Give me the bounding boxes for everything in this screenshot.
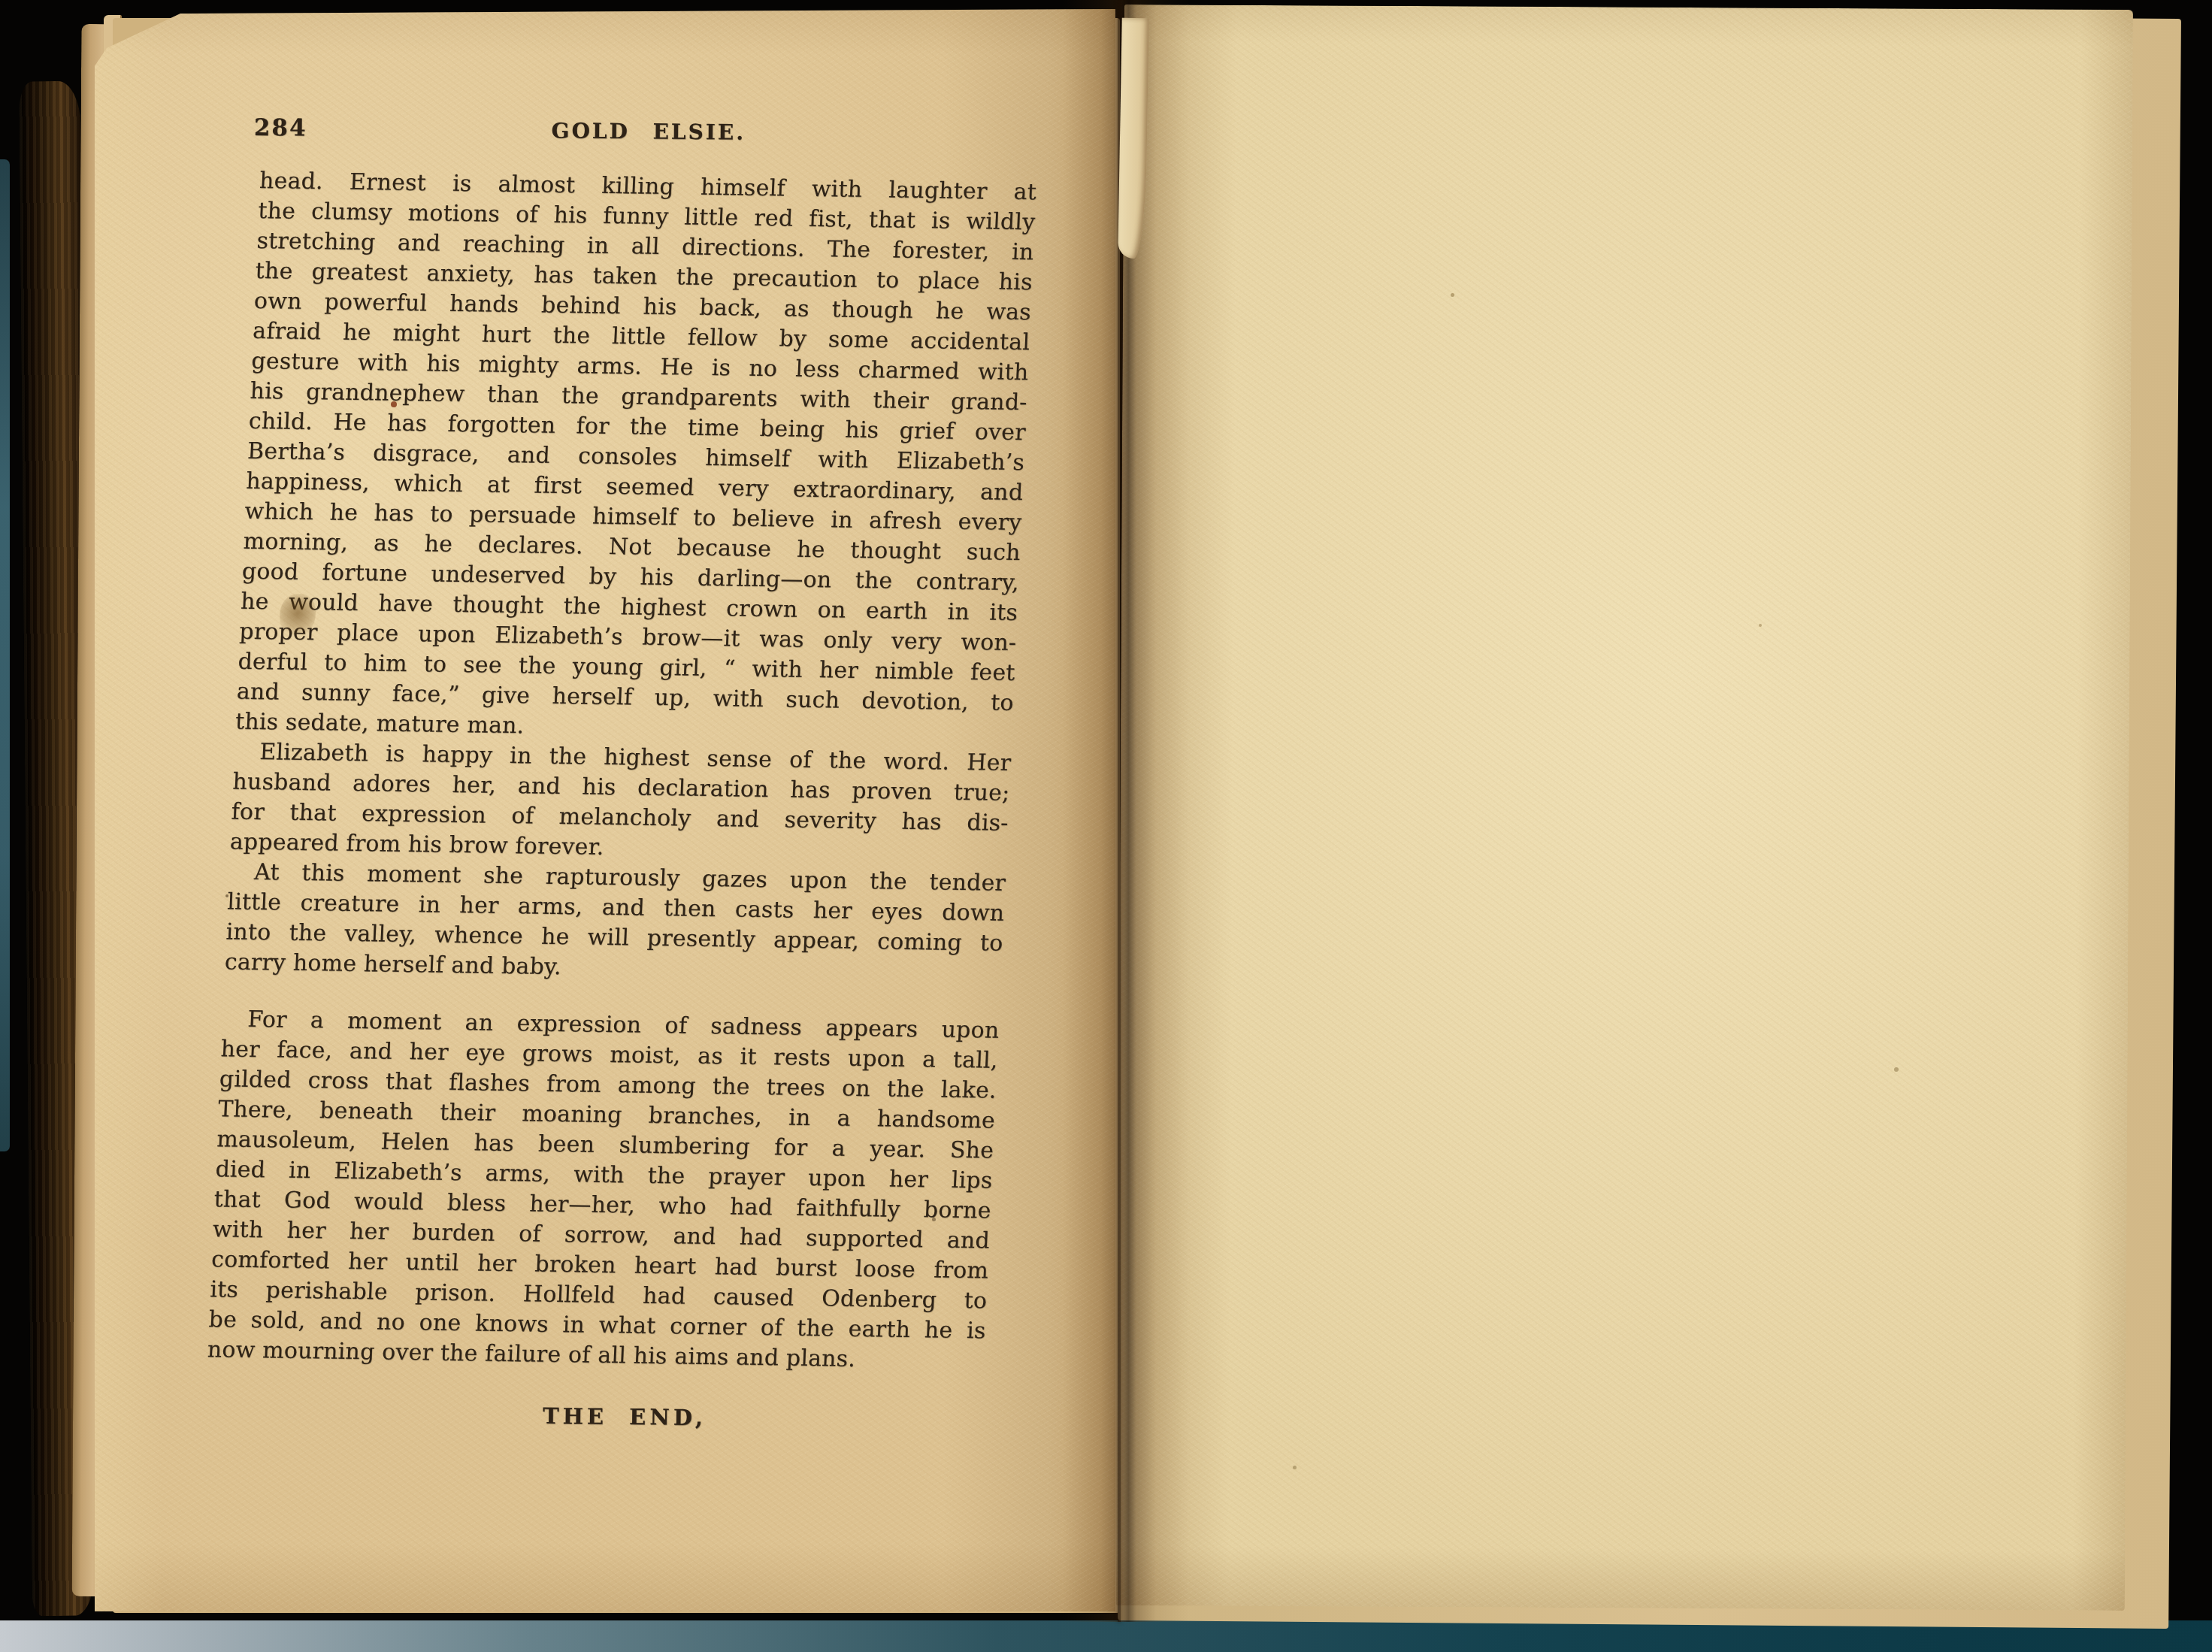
paper-speck	[1894, 1067, 1899, 1072]
right-page	[1116, 5, 2133, 1611]
left-page: 284 GOLD ELSIE. head. Ernest is almost k…	[95, 9, 1115, 1611]
paper-speck	[1293, 1466, 1297, 1469]
paragraph: At this moment she rapturously gazes upo…	[224, 857, 1006, 988]
page-header: 284 GOLD ELSIE.	[260, 114, 1037, 154]
paper-speck	[932, 1218, 936, 1221]
scanner-edge-strip	[0, 159, 10, 1151]
paragraph: head. Ernest is almost killing himself w…	[235, 166, 1037, 749]
book-scan: 284 GOLD ELSIE. head. Ernest is almost k…	[0, 0, 2212, 1652]
running-title: GOLD ELSIE.	[260, 116, 1037, 147]
paragraph: Elizabeth is happy in the highest sense …	[229, 737, 1012, 869]
the-end-label: THE END,	[236, 1400, 1013, 1434]
body-text: head. Ernest is almost killing himself w…	[207, 166, 1037, 1376]
paper-texture	[1116, 5, 2133, 1611]
paragraph: For a moment an expression of sadness ap…	[207, 1004, 1000, 1376]
paper-speck	[225, 894, 228, 897]
paper-speck	[1759, 624, 1762, 627]
paper-speck	[1451, 293, 1454, 297]
paper-speck	[391, 401, 397, 407]
